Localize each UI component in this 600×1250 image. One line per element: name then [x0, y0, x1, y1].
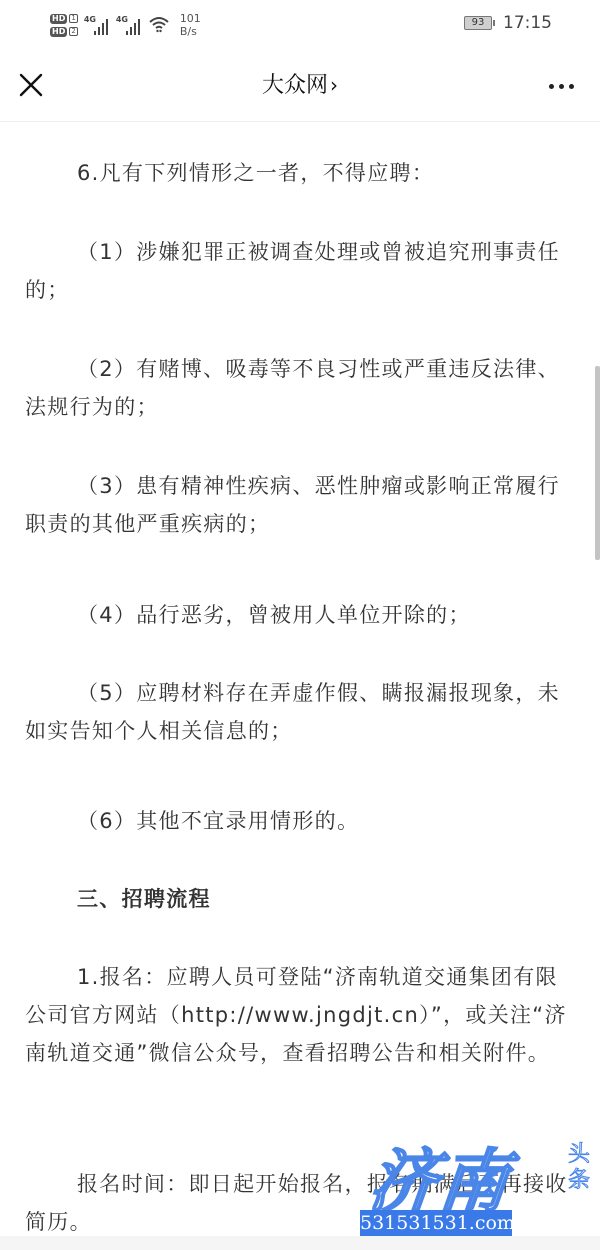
status-right: 93 17:15 [464, 13, 552, 33]
more-icon[interactable] [549, 76, 574, 96]
article-paragraph: （2）有赌博、吸毒等不良习性或严重违反法律、法规行为的； [25, 350, 577, 426]
nav-bar: 大众网› [0, 48, 600, 122]
sim2-hd-icon: HD 2 [50, 27, 78, 37]
article-paragraph: 1.报名：应聘人员可登陆“济南轨道交通集团有限公司官方网站（http://www… [25, 958, 577, 1072]
clock: 17:15 [503, 13, 552, 33]
article-paragraph: （6）其他不宜录用情形的。 [25, 802, 577, 840]
speed-unit: B/s [180, 25, 201, 38]
status-left: HD 1 HD 2 4G 4G 101 B/s [50, 9, 201, 41]
article-paragraph: （1）涉嫌犯罪正被调查处理或曾被追究刑事责任的； [25, 233, 577, 309]
article-paragraph: （4）品行恶劣，曾被用人单位开除的； [25, 596, 577, 634]
article-paragraph: 6.凡有下列情形之一者，不得应聘： [25, 154, 577, 192]
sim1-hd-icon: HD 1 [50, 14, 78, 24]
battery-level: 93 [464, 16, 492, 30]
network-speed: 101 B/s [180, 12, 201, 38]
bottom-bar-edge [0, 1236, 600, 1250]
article-paragraph: （5）应聘材料存在弄虚作假、瞒报漏报现象，未如实告知个人相关信息的； [25, 674, 577, 750]
article-paragraph: （3）患有精神性疾病、恶性肿瘤或影响正常履行职责的其他严重疾病的； [25, 467, 577, 543]
wifi-icon [148, 15, 170, 35]
chevron-right-icon: › [330, 73, 338, 97]
sim-number: 2 [69, 27, 77, 36]
hd-badge: HD [50, 14, 67, 24]
signal-4g-icon-1: 4G [84, 15, 110, 35]
speed-value: 101 [180, 12, 201, 25]
status-bar: HD 1 HD 2 4G 4G 101 B/s 93 [0, 0, 600, 48]
signal-4g-icon-2: 4G [116, 15, 142, 35]
page-title: 大众网 [262, 73, 328, 98]
scrollbar[interactable] [595, 366, 600, 560]
sim-indicators: HD 1 HD 2 [50, 14, 78, 37]
sim-number: 1 [69, 14, 77, 23]
account-title-link[interactable]: 大众网› [0, 70, 600, 101]
battery-icon: 93 [464, 16, 495, 30]
hd-badge: HD [50, 27, 67, 37]
section-heading: 三、招聘流程 [25, 880, 577, 918]
article-paragraph: 报名时间：即日起开始报名，报名期满后不再接收简历。 [25, 1165, 577, 1241]
